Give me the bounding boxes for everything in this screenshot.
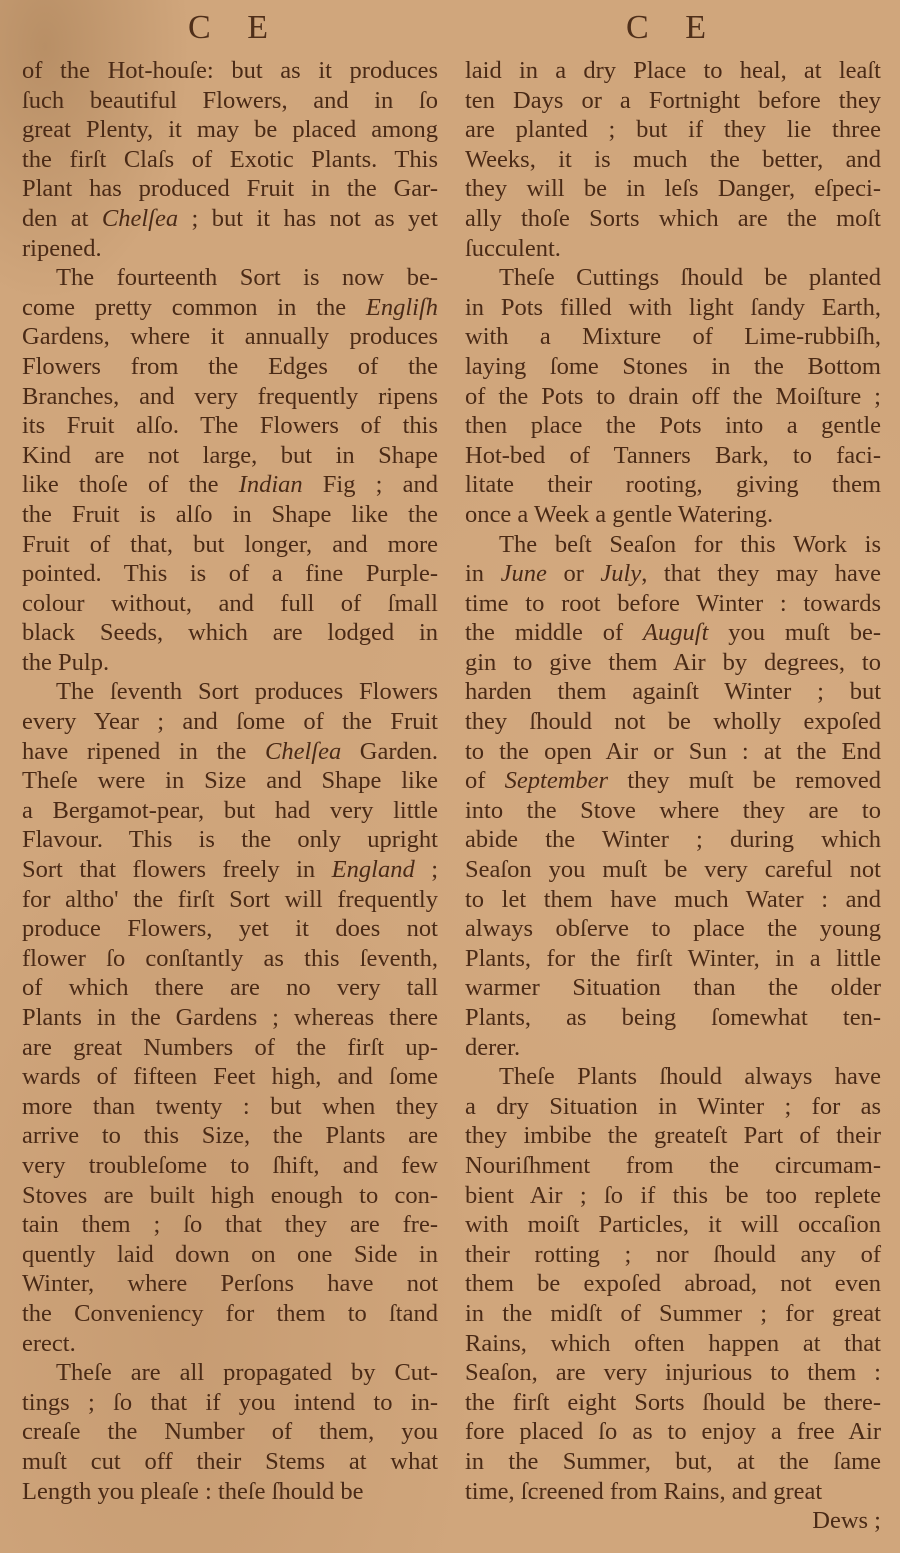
text-line: very troubleſome to ſhift, and few bbox=[22, 1151, 438, 1181]
text-line: Sort that flowers freely in England ; bbox=[22, 855, 438, 885]
text-line: black Seeds, which are lodged in bbox=[22, 618, 438, 648]
text-line: the Conveniency for them to ſtand bbox=[22, 1299, 438, 1329]
text-line: arrive to this Size, the Plants are bbox=[22, 1121, 438, 1151]
text-line: derer. bbox=[465, 1033, 881, 1063]
text-line: of which there are no very tall bbox=[22, 973, 438, 1003]
text-line: fore placed ſo as to enjoy a free Air bbox=[465, 1417, 881, 1447]
text-line: The beſt Seaſon for this Work is bbox=[465, 530, 881, 560]
text-line: Kind are not large, but in Shape bbox=[22, 441, 438, 471]
text-line: ten Days or a Fortnight before they bbox=[465, 86, 881, 116]
book-page: C E of the Hot-houſe: but as it produces… bbox=[0, 0, 900, 1553]
text-line: they ſhould not be wholly expoſed bbox=[465, 707, 881, 737]
text-line: ſucculent. bbox=[465, 234, 881, 264]
text-line: of the Hot-houſe: but as it produces bbox=[22, 56, 438, 86]
text-line: Winter, where Perſons have not bbox=[22, 1269, 438, 1299]
text-line: bient Air ; ſo if this be too replete bbox=[465, 1181, 881, 1211]
text-line: the Fruit is alſo in Shape like the bbox=[22, 500, 438, 530]
text-line: the middle of Auguſt you muſt be- bbox=[465, 618, 881, 648]
text-line: a dry Situation in Winter ; for as bbox=[465, 1092, 881, 1122]
text-line: Theſe were in Size and Shape like bbox=[22, 766, 438, 796]
text-line: are great Numbers of the firſt up- bbox=[22, 1033, 438, 1063]
text-line: Weeks, it is much the better, and bbox=[465, 145, 881, 175]
text-line: pointed. This is of a fine Purple- bbox=[22, 559, 438, 589]
text-line: muſt cut off their Stems at what bbox=[22, 1447, 438, 1477]
text-line: ally thoſe Sorts which are the moſt bbox=[465, 204, 881, 234]
text-line: ſuch beautiful Flowers, and in ſo bbox=[22, 86, 438, 116]
running-head-right: C E bbox=[465, 0, 881, 56]
text-line: to let them have much Water : and bbox=[465, 885, 881, 915]
text-line: Plant has produced Fruit in the Gar- bbox=[22, 174, 438, 204]
text-line: Seaſon, are very injurious to them : bbox=[465, 1358, 881, 1388]
text-line: in Pots filled with light ſandy Earth, bbox=[465, 293, 881, 323]
text-line: a Bergamot-pear, but had very little bbox=[22, 796, 438, 826]
text-line: Branches, and very frequently ripens bbox=[22, 382, 438, 412]
text-line: tain them ; ſo that they are fre- bbox=[22, 1210, 438, 1240]
text-line: Nouriſhment from the circumam- bbox=[465, 1151, 881, 1181]
text-line: always obſerve to place the young bbox=[465, 914, 881, 944]
text-line: harden them againſt Winter ; but bbox=[465, 677, 881, 707]
text-line: den at Chelſea ; but it has not as yet bbox=[22, 204, 438, 234]
text-line: for altho' the firſt Sort will frequentl… bbox=[22, 885, 438, 915]
text-line: Hot-bed of Tanners Bark, to faci- bbox=[465, 441, 881, 471]
italic-word: Indian bbox=[239, 471, 303, 498]
text-line: to the open Air or Sun : at the End bbox=[465, 737, 881, 767]
catchword: Dews ; bbox=[465, 1506, 881, 1536]
text-line: colour without, and full of ſmall bbox=[22, 589, 438, 619]
text-line: of September they muſt be removed bbox=[465, 766, 881, 796]
right-column: C E laid in a dry Place to heal, at leaſ… bbox=[465, 0, 881, 1536]
text-line: great Plenty, it may be placed among bbox=[22, 115, 438, 145]
running-head-left: C E bbox=[22, 0, 438, 56]
text-line: once a Week a gentle Watering. bbox=[465, 500, 881, 530]
text-line: they imbibe the greateſt Part of their bbox=[465, 1121, 881, 1151]
text-line: ripened. bbox=[22, 234, 438, 264]
text-line: warmer Situation than the older bbox=[465, 973, 881, 1003]
text-line: are planted ; but if they lie three bbox=[465, 115, 881, 145]
text-line: Gardens, where it annually produces bbox=[22, 322, 438, 352]
text-line: Rains, which often happen at that bbox=[465, 1329, 881, 1359]
italic-word: September bbox=[505, 767, 608, 794]
text-line: their rotting ; nor ſhould any of bbox=[465, 1240, 881, 1270]
text-line: The ſeventh Sort produces Flowers bbox=[22, 677, 438, 707]
text-line: its Fruit alſo. The Flowers of this bbox=[22, 411, 438, 441]
text-line: Seaſon you muſt be very careful not bbox=[465, 855, 881, 885]
italic-word: Auguſt bbox=[643, 619, 708, 646]
text-line: more than twenty : but when they bbox=[22, 1092, 438, 1122]
text-line: Flavour. This is the only upright bbox=[22, 825, 438, 855]
text-line: the Pulp. bbox=[22, 648, 438, 678]
italic-word: June bbox=[501, 560, 547, 587]
text-line: erect. bbox=[22, 1329, 438, 1359]
text-line: the firſt eight Sorts ſhould be there- bbox=[465, 1388, 881, 1418]
text-line: laid in a dry Place to heal, at leaſt bbox=[465, 56, 881, 86]
text-line: Flowers from the Edges of the bbox=[22, 352, 438, 382]
text-line: wards of fifteen Feet high, and ſome bbox=[22, 1062, 438, 1092]
text-line: Length you pleaſe : theſe ſhould be bbox=[22, 1477, 438, 1507]
text-line: Plants, for the firſt Winter, in a littl… bbox=[465, 944, 881, 974]
text-line: with moiſt Particles, it will occaſion bbox=[465, 1210, 881, 1240]
text-line: come pretty common in the Engliſh bbox=[22, 293, 438, 323]
text-line: Plants, as being ſomewhat ten- bbox=[465, 1003, 881, 1033]
text-line: they will be in leſs Danger, eſpeci- bbox=[465, 174, 881, 204]
text-line: into the Stove where they are to bbox=[465, 796, 881, 826]
text-line: tings ; ſo that if you intend to in- bbox=[22, 1388, 438, 1418]
text-line: abide the Winter ; during which bbox=[465, 825, 881, 855]
text-line: like thoſe of the Indian Fig ; and bbox=[22, 470, 438, 500]
text-line: time to root before Winter : towards bbox=[465, 589, 881, 619]
text-line: in the Summer, but, at the ſame bbox=[465, 1447, 881, 1477]
right-column-text: laid in a dry Place to heal, at leaſtten… bbox=[465, 56, 881, 1506]
text-line: Theſe Plants ſhould always have bbox=[465, 1062, 881, 1092]
italic-word: Engliſh bbox=[366, 294, 438, 321]
text-line: quently laid down on one Side in bbox=[22, 1240, 438, 1270]
text-line: time, ſcreened from Rains, and great bbox=[465, 1477, 881, 1507]
text-line: gin to give them Air by degrees, to bbox=[465, 648, 881, 678]
text-line: of the Pots to drain off the Moiſture ; bbox=[465, 382, 881, 412]
text-line: Plants in the Gardens ; whereas there bbox=[22, 1003, 438, 1033]
text-line: them be expoſed abroad, not even bbox=[465, 1269, 881, 1299]
text-line: litate their rooting, giving them bbox=[465, 470, 881, 500]
text-line: with a Mixture of Lime-rubbiſh, bbox=[465, 322, 881, 352]
italic-word: July bbox=[600, 560, 641, 587]
text-line: flower ſo conſtantly as this ſeventh, bbox=[22, 944, 438, 974]
text-line: every Year ; and ſome of the Fruit bbox=[22, 707, 438, 737]
text-line: produce Flowers, yet it does not bbox=[22, 914, 438, 944]
text-line: The fourteenth Sort is now be- bbox=[22, 263, 438, 293]
italic-word: Chelſea bbox=[265, 738, 341, 765]
text-line: in June or July, that they may have bbox=[465, 559, 881, 589]
italic-word: England bbox=[332, 856, 415, 883]
text-line: Theſe Cuttings ſhould be planted bbox=[465, 263, 881, 293]
text-line: creaſe the Number of them, you bbox=[22, 1417, 438, 1447]
italic-word: Chelſea bbox=[102, 205, 178, 232]
text-line: laying ſome Stones in the Bottom bbox=[465, 352, 881, 382]
text-line: Theſe are all propagated by Cut- bbox=[22, 1358, 438, 1388]
text-line: in the midſt of Summer ; for great bbox=[465, 1299, 881, 1329]
text-line: then place the Pots into a gentle bbox=[465, 411, 881, 441]
left-column: C E of the Hot-houſe: but as it produces… bbox=[22, 0, 438, 1506]
left-column-text: of the Hot-houſe: but as it producesſuch… bbox=[22, 56, 438, 1506]
text-line: the firſt Claſs of Exotic Plants. This bbox=[22, 145, 438, 175]
text-line: Fruit of that, but longer, and more bbox=[22, 530, 438, 560]
text-line: have ripened in the Chelſea Garden. bbox=[22, 737, 438, 767]
text-line: Stoves are built high enough to con- bbox=[22, 1181, 438, 1211]
